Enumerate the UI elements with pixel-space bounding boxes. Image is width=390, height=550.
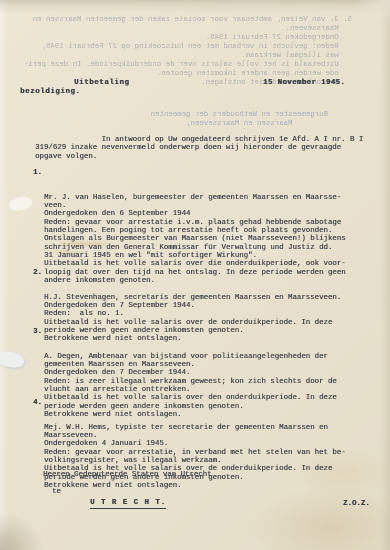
bleedthrough-reverse-item5-text: 5. J. van Velzen, ambtenaar voor sociale… xyxy=(30,16,352,88)
intro-paragraph: In antwoord op Uw ongedateerd schrijven … xyxy=(35,136,363,161)
correction-fluid-mark xyxy=(8,195,33,211)
item-number: 1. xyxy=(33,169,42,177)
item-text: Mej. W.H. Hems, typiste ter secretarie d… xyxy=(44,424,346,490)
addressee-line: Heeren Gedeputeerde Staten van Utrecht xyxy=(43,471,212,479)
addressee-city: U T R E C H T. xyxy=(90,499,166,509)
zoz-note: Z.O.Z. xyxy=(343,500,370,508)
list-item-4: 4. Mej. W.H. Hems, typiste ter secretari… xyxy=(33,399,346,507)
document-date: 15 November 1945. xyxy=(263,79,345,87)
item-number: 2. xyxy=(33,269,42,277)
subject-line-1: Uitbetaling xyxy=(74,79,129,87)
item-number: 3. xyxy=(33,328,42,336)
correction-fluid-mark xyxy=(0,351,25,369)
addressee-te: te xyxy=(52,488,61,496)
bleedthrough-reverse-signature-text: Burgemeester en Wethouders der gemeenten… xyxy=(148,111,328,128)
scanned-document-page: 5. J. van Velzen, ambtenaar voor sociale… xyxy=(0,0,390,550)
item-number: 4. xyxy=(33,399,42,407)
subject-line-2: bezoldiging. xyxy=(20,88,80,96)
